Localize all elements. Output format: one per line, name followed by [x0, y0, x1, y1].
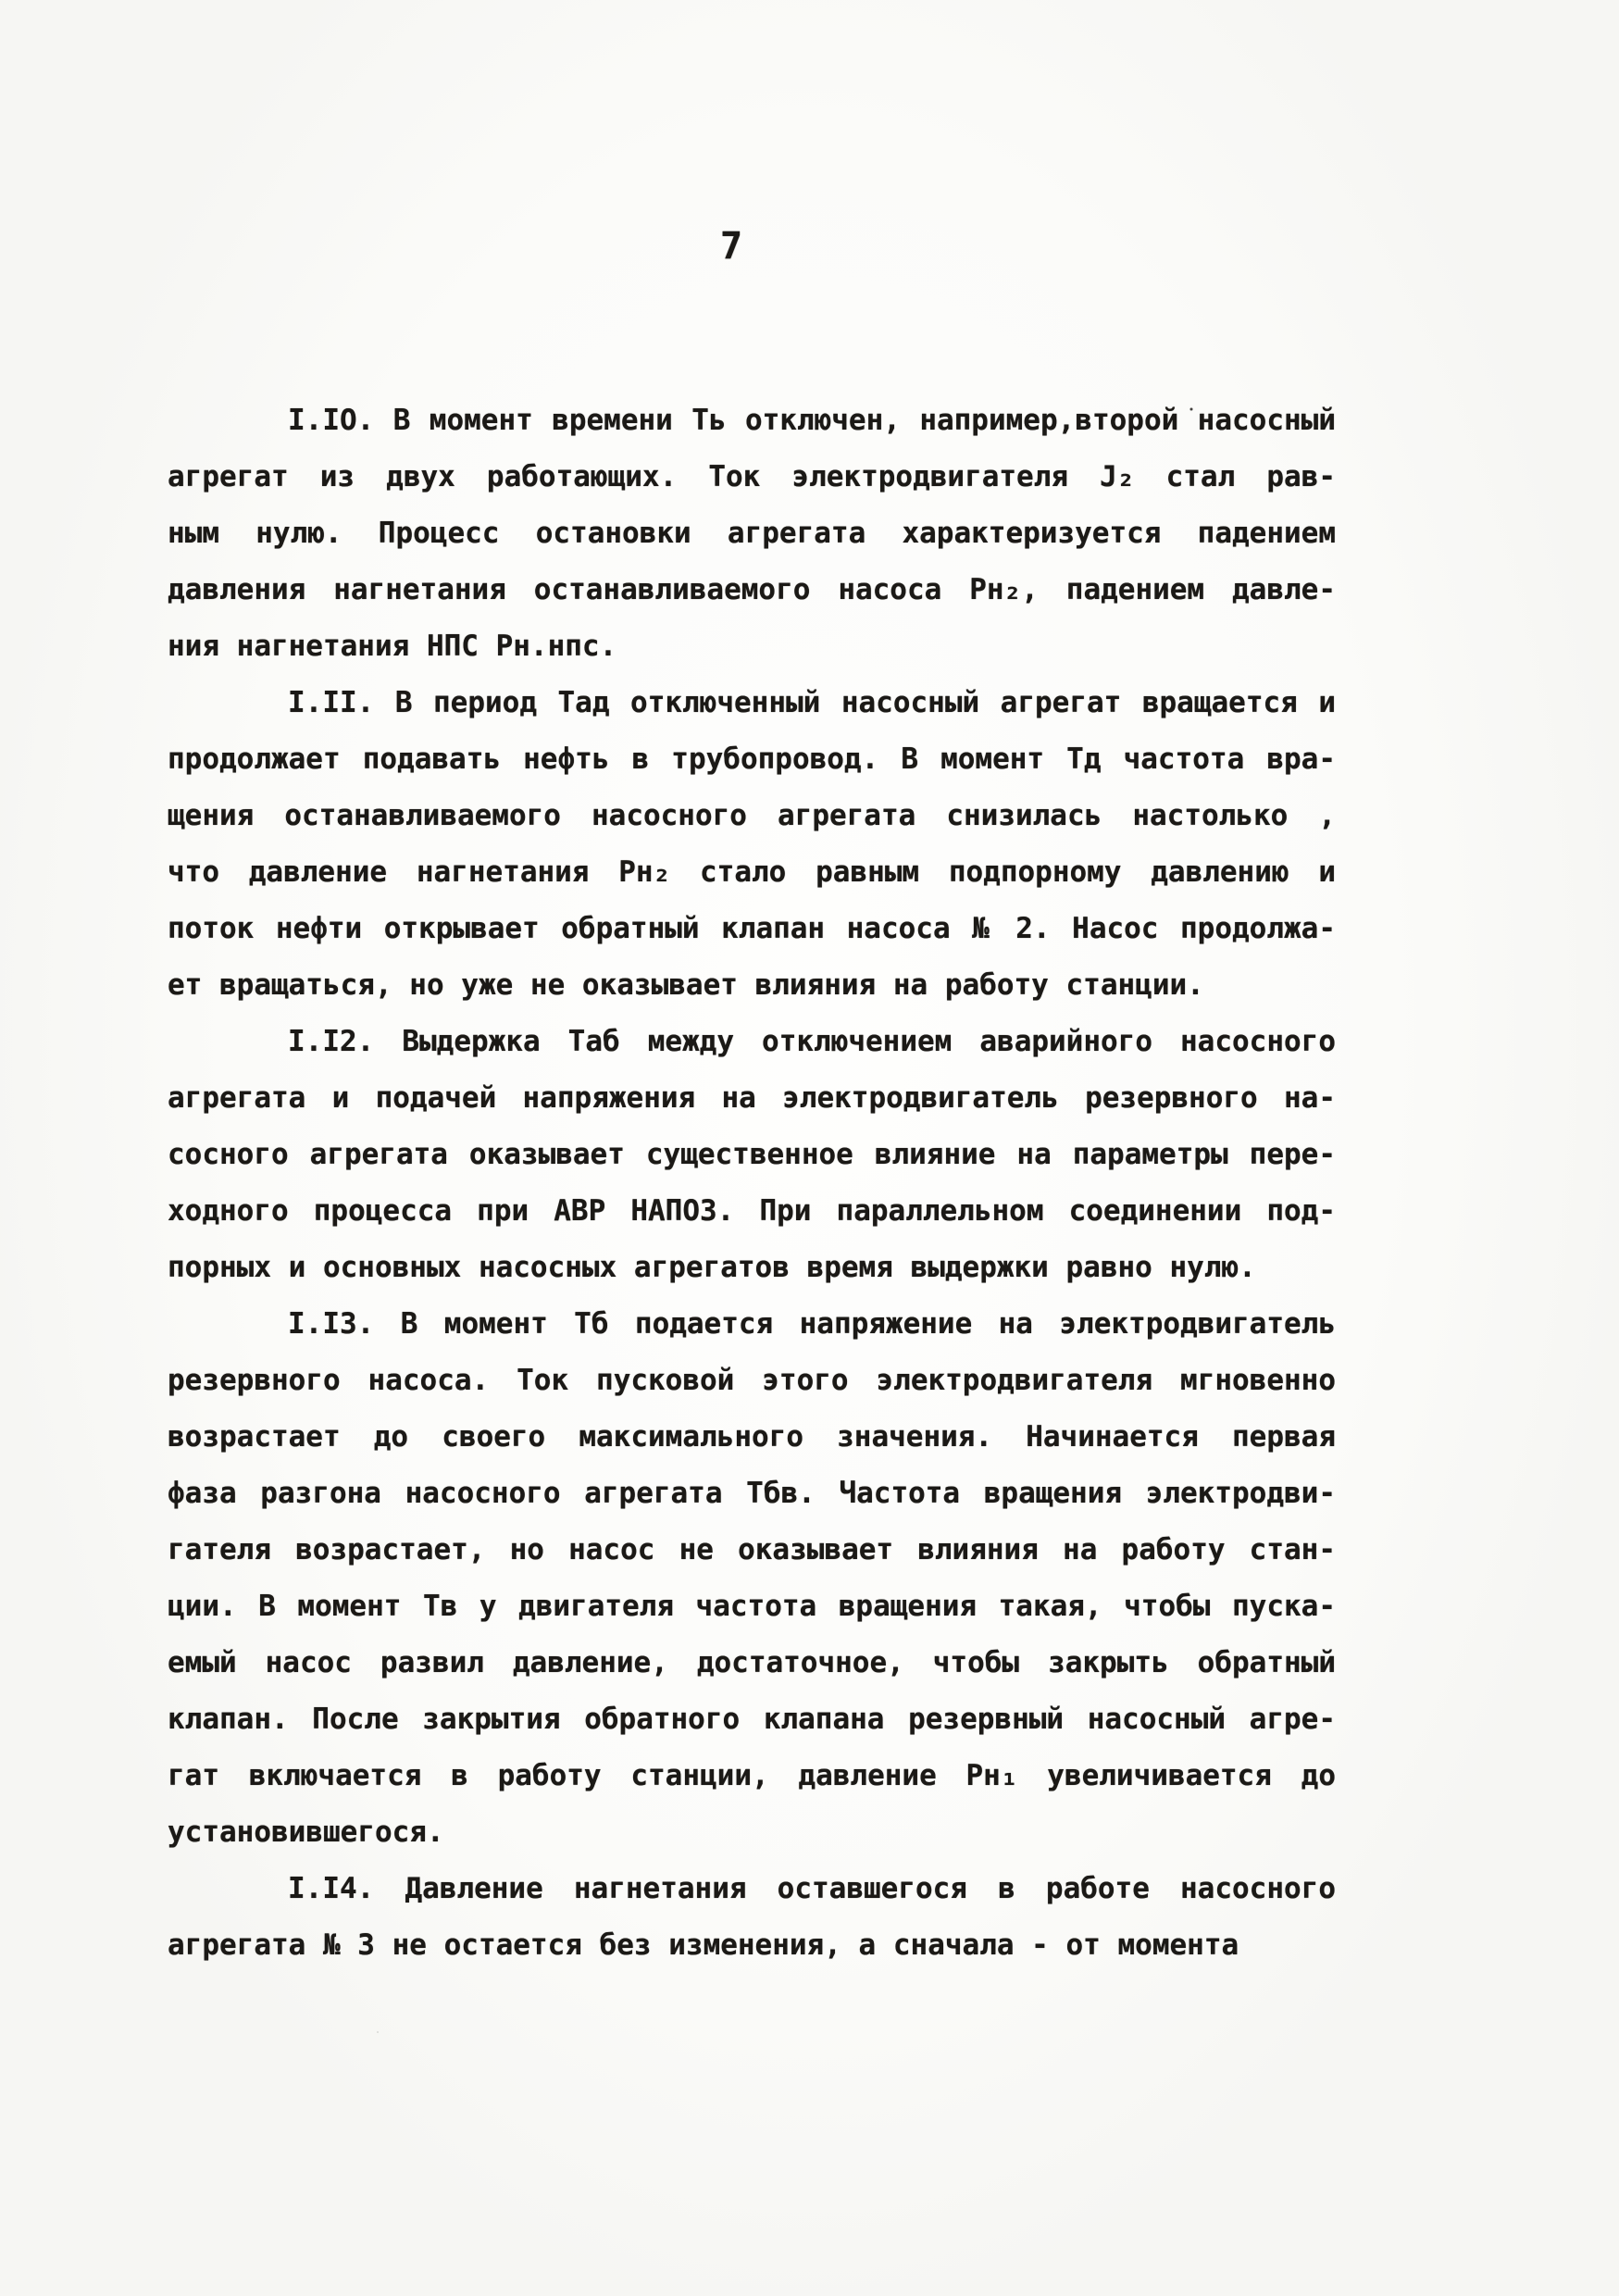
paragraph-1.14: I.I4. Давление нагнетания оставшегося в … — [168, 1861, 1336, 1974]
text-line: ным нулю. Процесс остановки агрегата хар… — [168, 505, 1336, 562]
text-line: клапан. После закрытия обратного клапана… — [168, 1691, 1336, 1748]
text-line: I.II. В период Тад отключенный насосный … — [168, 675, 1336, 731]
text-line: фаза разгона насосного агрегата Тбв. Час… — [168, 1466, 1336, 1522]
text-line: ходного процесса при АВР НАПОЗ. При пара… — [168, 1183, 1336, 1240]
paragraph-1.11: I.II. В период Тад отключенный насосный … — [168, 675, 1336, 1014]
text-line: ет вращаться, но уже не оказывает влияни… — [168, 957, 1336, 1014]
text-line: щения останавливаемого насосного агрегат… — [168, 788, 1336, 844]
text-line: I.I3. В момент Тб подается напряжение на… — [168, 1296, 1336, 1353]
text-line: агрегата № 3 не остается без изменения, … — [168, 1917, 1336, 1974]
text-block: I.IO. В момент времени Ть отключен, напр… — [168, 393, 1336, 1974]
text-line: гат включается в работу станции, давлени… — [168, 1748, 1336, 1804]
text-line: I.I4. Давление нагнетания оставшегося в … — [168, 1861, 1336, 1917]
text-line: продолжает подавать нефть в трубопровод.… — [168, 731, 1336, 788]
text-line: сосного агрегата оказывает существенное … — [168, 1127, 1336, 1183]
text-line: I.IO. В момент времени Ть отключен, напр… — [168, 393, 1336, 449]
document-page: 7 I.IO. В момент времени Ть отключен, на… — [0, 0, 1619, 2296]
text-line: поток нефти открывает обратный клапан на… — [168, 901, 1336, 957]
text-line: емый насос развил давление, достаточное,… — [168, 1635, 1336, 1691]
page-number: 7 — [720, 225, 743, 268]
paragraph-1.10: I.IO. В момент времени Ть отключен, напр… — [168, 393, 1336, 675]
text-line: что давление нагнетания Рн₂ стало равным… — [168, 844, 1336, 901]
text-line: гателя возрастает, но насос не оказывает… — [168, 1522, 1336, 1578]
text-line: агрегат из двух работающих. Ток электрод… — [168, 449, 1336, 505]
text-line: возрастает до своего максимального значе… — [168, 1409, 1336, 1466]
text-line: порных и основных насосных агрегатов вре… — [168, 1240, 1336, 1296]
paragraph-1.13: I.I3. В момент Тб подается напряжение на… — [168, 1296, 1336, 1861]
text-line: ции. В момент Тв у двигателя частота вра… — [168, 1578, 1336, 1635]
text-line: резервного насоса. Ток пусковой этого эл… — [168, 1353, 1336, 1409]
text-line: давления нагнетания останавливаемого нас… — [168, 562, 1336, 618]
paragraph-1.12: I.I2. Выдержка Таб между отключением ава… — [168, 1014, 1336, 1296]
text-line: агрегата и подачей напряжения на электро… — [168, 1070, 1336, 1127]
text-line: I.I2. Выдержка Таб между отключением ава… — [168, 1014, 1336, 1070]
